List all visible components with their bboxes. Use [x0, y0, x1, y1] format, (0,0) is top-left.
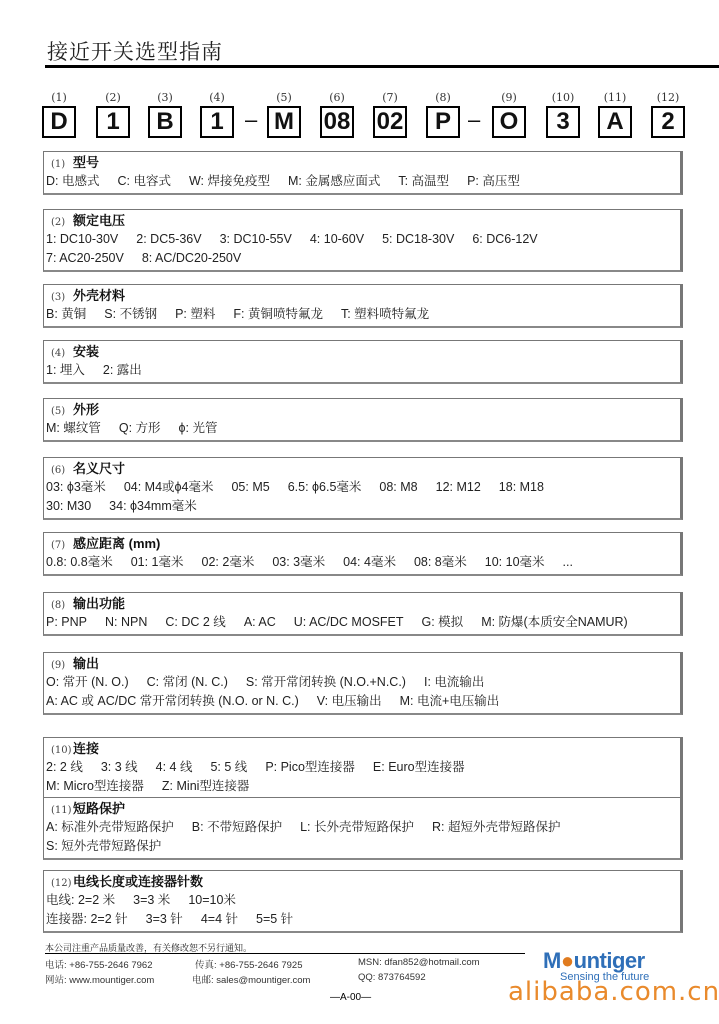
code-cell: (8) P — [426, 90, 460, 138]
option-item: 08: 8毫米 — [414, 553, 467, 572]
code-index: (10) — [546, 90, 580, 106]
code-index: (9) — [492, 90, 526, 106]
section-header: (11)短路保护 — [46, 799, 680, 818]
option-item: W: 焊接免疫型 — [189, 172, 270, 191]
section-header: (6)名义尺寸 — [46, 459, 680, 478]
option-item: 2: 2 线 — [46, 758, 83, 777]
section-title: 短路保护 — [73, 801, 125, 816]
section-header: (8)输出功能 — [46, 594, 680, 613]
code-index: (4) — [200, 90, 234, 106]
option-item: M: 防爆(本质安全NAMUR) — [481, 613, 628, 632]
section-line: 0.8: 0.8毫米01: 1毫米02: 2毫米03: 3毫米04: 4毫米08… — [46, 553, 680, 572]
option-item: P: 高压型 — [467, 172, 520, 191]
code-index: (1) — [42, 90, 76, 106]
code-cell: (6) 08 — [320, 90, 354, 138]
code-cell: (12) 2 — [651, 90, 685, 138]
option-item: G: 模拟 — [422, 613, 464, 632]
option-item: 04: M4或ϕ4毫米 — [124, 478, 214, 497]
section-2: (2)额定电压1: DC10-30V2: DC5-36V3: DC10-55V4… — [43, 209, 683, 272]
option-item: P: PNP — [46, 613, 87, 632]
option-item: S: 不锈钢 — [104, 305, 157, 324]
option-item: 4: 4 线 — [156, 758, 193, 777]
option-item: O: 常开 (N. O.) — [46, 673, 129, 692]
logo-rest: untiger — [574, 948, 645, 973]
option-item: 34: ϕ34mm毫米 — [109, 497, 197, 516]
section-11: (11)短路保护A: 标准外壳带短路保护B: 不带短路保护L: 长外壳带短路保护… — [43, 797, 683, 860]
section-title: 输出功能 — [73, 596, 125, 611]
section-1: (1)型号D: 电感式C: 电容式W: 焊接免疫型M: 金属感应面式T: 高温型… — [43, 151, 683, 195]
option-item: 10: 10毫米 — [485, 553, 545, 572]
section-3: (3)外壳材料B: 黄铜S: 不锈钢P: 塑料F: 黄铜喷特氟龙T: 塑料喷特氟… — [43, 284, 683, 328]
option-item: 3=3 针 — [146, 910, 183, 929]
code-value: 1 — [200, 106, 234, 138]
section-9: (9)输出O: 常开 (N. O.)C: 常闭 (N. C.)S: 常开常闭转换… — [43, 652, 683, 715]
option-item: 连接器: 2=2 针 — [46, 910, 128, 929]
code-index: (8) — [426, 90, 460, 106]
footer-phone: 电话: +86-755-2646 7962 — [45, 957, 152, 971]
option-item: 5: 5 线 — [210, 758, 247, 777]
section-line: 连接器: 2=2 针3=3 针4=4 针5=5 针 — [46, 910, 680, 929]
option-item: ... — [563, 553, 573, 572]
section-line: D: 电感式C: 电容式W: 焊接免疫型M: 金属感应面式T: 高温型P: 高压… — [46, 172, 680, 191]
code-cell: (7) 02 — [373, 90, 407, 138]
section-line: 7: AC20-250V8: AC/DC20-250V — [46, 249, 680, 268]
code-value: 1 — [96, 106, 130, 138]
title-divider — [45, 65, 719, 68]
logo-m: M — [543, 948, 561, 973]
section-title: 名义尺寸 — [73, 461, 125, 476]
option-item: P: Pico型连接器 — [265, 758, 355, 777]
section-10: (10)连接2: 2 线3: 3 线4: 4 线5: 5 线P: Pico型连接… — [43, 737, 683, 800]
code-separator: – — [245, 107, 257, 133]
option-item: R: 超短外壳带短路保护 — [432, 818, 560, 837]
section-5: (5)外形M: 螺纹管Q: 方形ϕ: 光管 — [43, 398, 683, 442]
section-title: 额定电压 — [73, 213, 125, 228]
footer-website[interactable]: 网站: www.mountiger.com — [45, 972, 154, 986]
option-item: C: 电容式 — [117, 172, 170, 191]
option-item: C: DC 2 线 — [165, 613, 225, 632]
section-line: 2: 2 线3: 3 线4: 4 线5: 5 线P: Pico型连接器E: Eu… — [46, 758, 680, 777]
code-index: (11) — [598, 90, 632, 106]
footer-divider — [45, 953, 525, 954]
section-header: (4)安装 — [46, 342, 680, 361]
code-cell: (3) B — [148, 90, 182, 138]
section-line: A: AC 或 AC/DC 常开常闭转换 (N.O. or N. C.)V: 电… — [46, 692, 680, 711]
code-index: (12) — [651, 90, 685, 106]
code-value: 02 — [373, 106, 407, 138]
option-item: L: 长外壳带短路保护 — [300, 818, 414, 837]
page-number: —A-00— — [330, 992, 371, 1003]
code-value: A — [598, 106, 632, 138]
option-item: Q: 方形 — [119, 419, 161, 438]
section-line: A: 标准外壳带短路保护B: 不带短路保护L: 长外壳带短路保护R: 超短外壳带… — [46, 818, 680, 837]
section-line: S: 短外壳带短路保护 — [46, 837, 680, 856]
code-cell: (4) 1 — [200, 90, 234, 138]
option-item: 10=10米 — [188, 891, 236, 910]
section-line: M: Micro型连接器Z: Mini型连接器 — [46, 777, 680, 796]
code-index: (7) — [373, 90, 407, 106]
section-title: 输出 — [73, 656, 99, 671]
option-item: 01: 1毫米 — [131, 553, 184, 572]
section-line: 30: M3034: ϕ34mm毫米 — [46, 497, 680, 516]
option-item: U: AC/DC MOSFET — [294, 613, 404, 632]
section-title: 感应距离 (mm) — [73, 536, 160, 551]
section-line: O: 常开 (N. O.)C: 常闭 (N. C.)S: 常开常闭转换 (N.O… — [46, 673, 680, 692]
option-item: N: NPN — [105, 613, 147, 632]
code-cell: (2) 1 — [96, 90, 130, 138]
option-item: Z: Mini型连接器 — [162, 777, 250, 796]
watermark: alibaba.com.cn — [508, 977, 719, 1007]
option-item: P: 塑料 — [175, 305, 215, 324]
option-item: D: 电感式 — [46, 172, 99, 191]
code-cell: (11) A — [598, 90, 632, 138]
option-item: A: AC — [244, 613, 276, 632]
section-header: (7)感应距离 (mm) — [46, 534, 680, 553]
option-item: 2: 露出 — [103, 361, 142, 380]
option-item: 7: AC20-250V — [46, 249, 124, 268]
code-value: O — [492, 106, 526, 138]
option-item: S: 短外壳带短路保护 — [46, 837, 161, 856]
section-header: (3)外壳材料 — [46, 286, 680, 305]
option-item: 18: M18 — [499, 478, 544, 497]
code-cell: (9) O — [492, 90, 526, 138]
option-item: M: 螺纹管 — [46, 419, 101, 438]
code-value: 2 — [651, 106, 685, 138]
code-cell: (5) M — [267, 90, 301, 138]
code-value: 08 — [320, 106, 354, 138]
footer-fax: 传真: +86-755-2646 7925 — [195, 957, 302, 971]
section-title: 电线长度或连接器针数 — [73, 874, 203, 889]
option-item: 30: M30 — [46, 497, 91, 516]
section-title: 外形 — [73, 402, 99, 417]
option-item: 8: AC/DC20-250V — [142, 249, 241, 268]
section-line: 1: 埋入2: 露出 — [46, 361, 680, 380]
option-item: A: AC 或 AC/DC 常开常闭转换 (N.O. or N. C.) — [46, 692, 299, 711]
option-item: T: 塑料喷特氟龙 — [341, 305, 429, 324]
option-item: 电线: 2=2 米 — [46, 891, 115, 910]
option-item: 6.5: ϕ6.5毫米 — [288, 478, 362, 497]
section-line: 1: DC10-30V2: DC5-36V3: DC10-55V4: 10-60… — [46, 230, 680, 249]
option-item: B: 不带短路保护 — [192, 818, 282, 837]
option-item: 03: 3毫米 — [272, 553, 325, 572]
code-value: P — [426, 106, 460, 138]
section-header: (10)连接 — [46, 739, 680, 758]
option-item: 6: DC6-12V — [472, 230, 537, 249]
section-title: 安装 — [73, 344, 99, 359]
section-line: P: PNPN: NPNC: DC 2 线A: ACU: AC/DC MOSFE… — [46, 613, 680, 632]
option-item: B: 黄铜 — [46, 305, 86, 324]
option-item: 12: M12 — [436, 478, 481, 497]
option-item: 03: ϕ3毫米 — [46, 478, 106, 497]
code-value: D — [42, 106, 76, 138]
option-item: 05: M5 — [231, 478, 269, 497]
option-item: 02: 2毫米 — [202, 553, 255, 572]
option-item: 5: DC18-30V — [382, 230, 454, 249]
option-item: I: 电流输出 — [424, 673, 484, 692]
code-value: M — [267, 106, 301, 138]
section-header: (12)电线长度或连接器针数 — [46, 872, 680, 891]
option-item: C: 常闭 (N. C.) — [147, 673, 228, 692]
option-item: 08: M8 — [379, 478, 417, 497]
code-index: (6) — [320, 90, 354, 106]
section-title: 连接 — [73, 741, 99, 756]
option-item: 0.8: 0.8毫米 — [46, 553, 113, 572]
footer-email[interactable]: 电邮: sales@mountiger.com — [192, 972, 310, 986]
code-cell: (10) 3 — [546, 90, 580, 138]
section-7: (7)感应距离 (mm)0.8: 0.8毫米01: 1毫米02: 2毫米03: … — [43, 532, 683, 576]
section-4: (4)安装1: 埋入2: 露出 — [43, 340, 683, 384]
option-item: ϕ: 光管 — [179, 419, 218, 438]
section-6: (6)名义尺寸03: ϕ3毫米04: M4或ϕ4毫米05: M56.5: ϕ6.… — [43, 457, 683, 520]
section-header: (5)外形 — [46, 400, 680, 419]
section-8: (8)输出功能P: PNPN: NPNC: DC 2 线A: ACU: AC/D… — [43, 592, 683, 636]
code-value: 3 — [546, 106, 580, 138]
option-item: 3: 3 线 — [101, 758, 138, 777]
option-item: 3=3 米 — [133, 891, 170, 910]
option-item: E: Euro型连接器 — [373, 758, 465, 777]
option-item: M: 电流+电压输出 — [400, 692, 500, 711]
option-item: 4: 10-60V — [310, 230, 364, 249]
option-item: F: 黄铜喷特氟龙 — [233, 305, 323, 324]
option-item: 4=4 针 — [201, 910, 238, 929]
option-item: 04: 4毫米 — [343, 553, 396, 572]
option-item: A: 标准外壳带短路保护 — [46, 818, 174, 837]
option-item: 1: 埋入 — [46, 361, 85, 380]
section-line: M: 螺纹管Q: 方形ϕ: 光管 — [46, 419, 680, 438]
option-item: 2: DC5-36V — [136, 230, 201, 249]
option-item: 3: DC10-55V — [220, 230, 292, 249]
option-item: M: 金属感应面式 — [288, 172, 380, 191]
option-item: M: Micro型连接器 — [46, 777, 144, 796]
option-item: V: 电压输出 — [317, 692, 382, 711]
option-item: 1: DC10-30V — [46, 230, 118, 249]
section-12: (12)电线长度或连接器针数电线: 2=2 米3=3 米10=10米连接器: 2… — [43, 870, 683, 933]
logo-swirl-icon: ● — [561, 948, 574, 973]
code-separator: – — [468, 107, 480, 133]
option-item: S: 常开常闭转换 (N.O.+N.C.) — [246, 673, 406, 692]
page-title: 接近开关选型指南 — [47, 36, 223, 66]
code-value: B — [148, 106, 182, 138]
section-line: B: 黄铜S: 不锈钢P: 塑料F: 黄铜喷特氟龙T: 塑料喷特氟龙 — [46, 305, 680, 324]
section-line: 03: ϕ3毫米04: M4或ϕ4毫米05: M56.5: ϕ6.5毫米08: … — [46, 478, 680, 497]
code-cell: (1) D — [42, 90, 76, 138]
model-code-row: (1) D (2) 1 (3) B (4) 1 (5) M (6) 08 (7)… — [0, 90, 719, 150]
footer-qq: QQ: 873764592 — [358, 972, 426, 983]
section-title: 外壳材料 — [73, 288, 125, 303]
section-title: 型号 — [73, 155, 99, 170]
section-header: (9)输出 — [46, 654, 680, 673]
code-index: (5) — [267, 90, 301, 106]
section-header: (2)额定电压 — [46, 211, 680, 230]
section-header: (1)型号 — [46, 153, 680, 172]
footer-msn: MSN: dfan852@hotmail.com — [358, 957, 480, 968]
section-line: 电线: 2=2 米3=3 米10=10米 — [46, 891, 680, 910]
code-index: (2) — [96, 90, 130, 106]
option-item: T: 高温型 — [398, 172, 449, 191]
option-item: 5=5 针 — [256, 910, 293, 929]
code-index: (3) — [148, 90, 182, 106]
